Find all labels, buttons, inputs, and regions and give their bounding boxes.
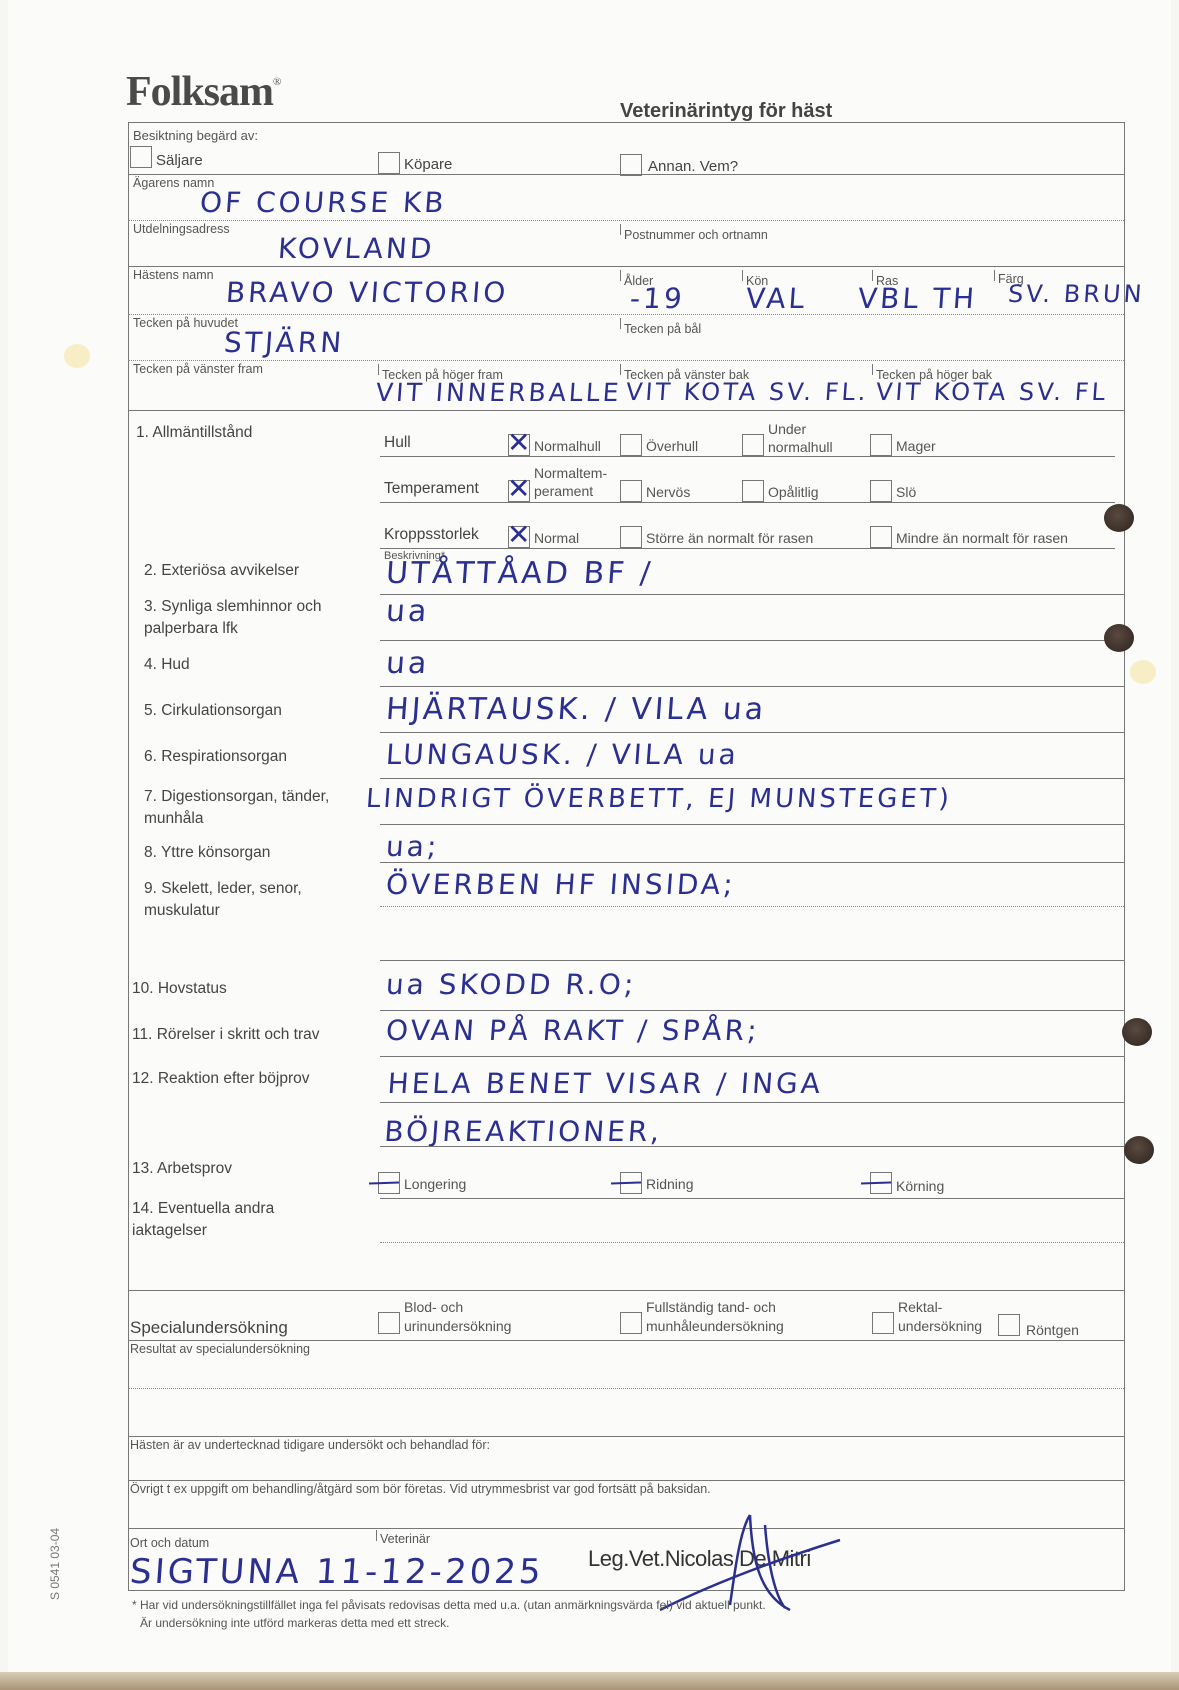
binder-hole — [1104, 504, 1134, 532]
work-test-label: 13. Arbetsprov — [132, 1160, 232, 1178]
checkbox-mager[interactable] — [870, 434, 892, 456]
option-nervos: Nervös — [646, 484, 690, 500]
option-dental: Fullständig tand- och munhåleundersöknin… — [646, 1298, 826, 1336]
option-larger-size: Större än normalt för rasen — [646, 530, 813, 546]
item-value[interactable]: HJÄRTAUSK. / VILA ua — [385, 692, 768, 727]
option-saljare: Säljare — [156, 152, 203, 169]
checkbox-xray[interactable] — [998, 1314, 1020, 1336]
postal-label: Postnummer och ortnamn — [624, 228, 768, 242]
item-value[interactable]: ua; — [385, 830, 441, 863]
body-marks-label: Tecken på bål — [624, 322, 701, 336]
head-marks-value[interactable]: STJÄRN — [223, 326, 346, 359]
form-code: S 0541 03-04 — [48, 1528, 62, 1600]
checkbox-annan[interactable] — [620, 154, 642, 176]
checkbox-ridning[interactable] — [620, 1172, 642, 1194]
item-label: 3. Synliga slemhinnor och palperbara lfk — [144, 596, 359, 640]
checkbox-opalitlig[interactable] — [742, 480, 764, 502]
option-kopare: Köpare — [404, 156, 452, 173]
checkbox-korning[interactable] — [870, 1172, 892, 1194]
checkbox-saljare[interactable] — [130, 146, 152, 168]
other-notes-label: Övrigt t ex uppgift om behandling/åtgärd… — [130, 1482, 711, 1496]
age-value[interactable]: -19 — [629, 282, 686, 315]
checkbox-smaller-size[interactable] — [870, 526, 892, 548]
option-under-normalhull: Under normalhull — [768, 420, 848, 456]
hull-label: Hull — [384, 434, 411, 452]
checkbox-normalhull[interactable] — [508, 434, 530, 456]
vet-label: Veterinär — [380, 1532, 430, 1546]
item-value[interactable]: HELA BENET VISAR / INGA BÖJREAKTIONER, — [383, 1060, 1040, 1156]
item-value[interactable]: LUNGAUSK. / VILA ua — [385, 738, 740, 771]
item-value[interactable]: ua — [385, 646, 431, 681]
body-size-label: Kroppsstorlek — [384, 526, 479, 544]
checkbox-nervos[interactable] — [620, 480, 642, 502]
option-normal-size: Normal — [534, 530, 579, 546]
sex-value[interactable]: VAL — [745, 282, 808, 315]
checkbox-overhull[interactable] — [620, 434, 642, 456]
item-label: 10. Hovstatus — [132, 978, 372, 1000]
item-value[interactable]: ua SKODD R.O; — [385, 968, 638, 1001]
checkbox-rectal[interactable] — [872, 1312, 894, 1334]
checkbox-normal-size[interactable] — [508, 526, 530, 548]
horse-name-label: Hästens namn — [133, 268, 214, 282]
checkbox-larger-size[interactable] — [620, 526, 642, 548]
option-mager: Mager — [896, 438, 936, 454]
item-value[interactable]: ua — [385, 594, 431, 629]
item-label: 6. Respirationsorgan — [144, 746, 359, 768]
right-hind-value[interactable]: VIT KOTA SV. FL — [875, 378, 1109, 406]
item-label: 12. Reaktion efter böjprov — [132, 1068, 372, 1090]
sticker-dot — [1130, 660, 1156, 684]
item-value[interactable]: LINDRIGT ÖVERBETT, EJ MUNSTEGET) — [365, 784, 953, 814]
checkbox-blood-urine[interactable] — [378, 1312, 400, 1334]
footnote-2: Är undersökning inte utförd markeras det… — [140, 1616, 449, 1630]
temperament-label: Temperament — [384, 480, 479, 498]
head-marks-label: Tecken på huvudet — [133, 316, 238, 330]
horse-name-value[interactable]: BRAVO VICTORIO — [225, 276, 510, 309]
checkbox-under-normalhull[interactable] — [742, 434, 764, 456]
binder-hole — [1104, 624, 1134, 652]
option-rectal: Rektal- undersökning — [898, 1298, 993, 1336]
footnote-1: * Har vid undersökningstillfället inga f… — [132, 1598, 766, 1612]
special-result-label: Resultat av specialundersökning — [130, 1342, 310, 1356]
place-date-label: Ort och datum — [130, 1536, 209, 1550]
checkbox-slo[interactable] — [870, 480, 892, 502]
document-title: Veterinärintyg för häst — [620, 100, 832, 123]
item-label: 4. Hud — [144, 654, 359, 676]
previous-treatment-label: Hästen är av undertecknad tidigare under… — [130, 1438, 490, 1452]
place-date-value[interactable]: SIGTUNA 11-12-2025 — [129, 1552, 545, 1592]
left-hind-value[interactable]: VIT KOTA SV. FL. — [625, 378, 870, 406]
checkbox-dental[interactable] — [620, 1312, 642, 1334]
option-smaller-size: Mindre än normalt för rasen — [896, 530, 1068, 546]
option-slo: Slö — [896, 484, 916, 500]
right-front-value[interactable]: VIT INNERBALLE — [375, 378, 623, 407]
item-label: 2. Exteriösa avvikelser — [144, 560, 359, 582]
option-longering: Longering — [404, 1176, 466, 1192]
binder-hole — [1124, 1136, 1154, 1164]
folksam-logo: Folksam® — [126, 68, 280, 116]
item-value[interactable]: UTÅTTÅAD BF / — [385, 556, 655, 591]
option-annan: Annan. Vem? — [648, 158, 738, 175]
left-front-label: Tecken på vänster fram — [133, 362, 263, 376]
option-korning: Körning — [896, 1178, 944, 1194]
table-surface — [0, 1672, 1179, 1690]
option-overhull: Överhull — [646, 438, 698, 454]
option-xray: Röntgen — [1026, 1322, 1079, 1338]
address-label: Utdelningsadress — [133, 222, 230, 236]
option-normalhull: Normalhull — [534, 438, 601, 454]
general-condition-label: 1. Allmäntillstånd — [136, 424, 252, 442]
item-label: 7. Digestionsorgan, tänder, munhåla — [144, 786, 359, 830]
item-value[interactable]: ÖVERBEN HF INSIDA; — [385, 868, 737, 901]
other-observations-label: 14. Eventuella andra iaktagelser — [132, 1198, 312, 1242]
owner-name-value[interactable]: OF COURSE KB — [199, 186, 448, 219]
item-label: 11. Rörelser i skritt och trav — [132, 1024, 372, 1046]
option-blood-urine: Blod- och urinundersökning — [404, 1298, 564, 1336]
item-label: 5. Cirkulationsorgan — [144, 700, 359, 722]
option-opalitlig: Opålitlig — [768, 484, 819, 500]
checkbox-longering[interactable] — [378, 1172, 400, 1194]
option-ridning: Ridning — [646, 1176, 693, 1192]
checkbox-kopare[interactable] — [378, 152, 400, 174]
checkbox-normaltemperament[interactable] — [508, 480, 530, 502]
option-normaltemperament: Normaltem- perament — [534, 464, 614, 500]
item-value[interactable]: OVAN PÅ RAKT / SPÅR; — [385, 1014, 761, 1047]
special-exam-label: Specialundersökning — [130, 1318, 288, 1338]
request-label: Besiktning begärd av: — [133, 128, 258, 143]
binder-hole — [1122, 1018, 1152, 1046]
address-value[interactable]: KOVLAND — [277, 232, 436, 265]
breed-value[interactable]: VBL TH — [857, 282, 978, 315]
sticker-dot — [64, 344, 90, 368]
item-label: 8. Yttre könsorgan — [144, 842, 359, 864]
item-label: 9. Skelett, leder, senor, muskulatur — [144, 878, 359, 922]
color-value[interactable]: SV. BRUN — [1007, 280, 1145, 308]
